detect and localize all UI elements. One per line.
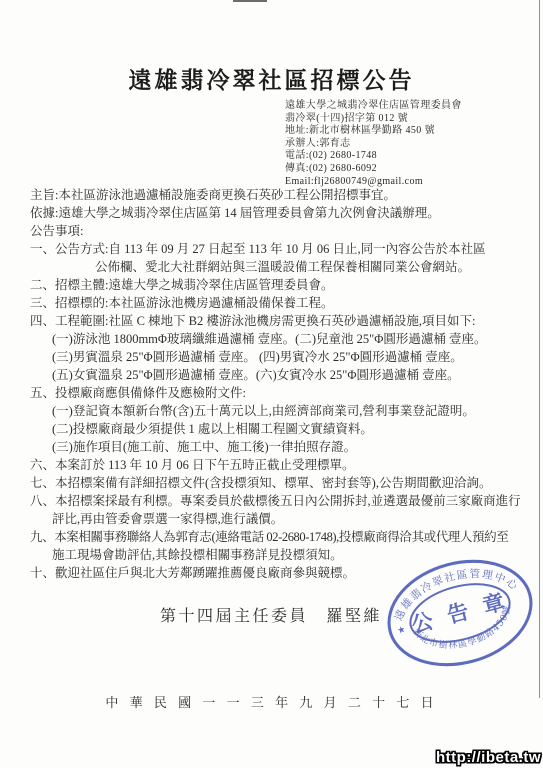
announcement-item: (五)女賓溫泉 25"Φ圓形過濾桶 壹座。(六)女賓冷水 25"Φ圓形過濾桶 壹… — [30, 366, 538, 384]
announcement-item: 公佈欄、愛北大社群網站與三溫暖設備工程保養相關同業公會網站。 — [30, 258, 538, 276]
announcement-item: 二、招標主體:遠雄大學之城翡冷翠住店區管理委員會。 — [30, 276, 538, 294]
date-line: 中 華 民 國 一 一 三 年 九 月 二 十 七 日 — [0, 692, 543, 711]
issuer-phone: 電話:(02) 2680-1748 — [285, 150, 462, 163]
scan-artifact-right-edge — [539, 0, 540, 698]
stamp-star-icon: ★ — [396, 625, 407, 637]
announcement-item: 一、公告方式:自 113 年 09 月 27 日起至 113 年 10 月 06… — [30, 240, 538, 258]
document-title: 遠雄翡冷翠社區招標公告 — [0, 62, 543, 95]
announcement-body: 主旨:本社區游泳池過濾桶設施委商更換石英砂工程公開招標事宜。 依據:遠雄大學之城… — [30, 186, 538, 582]
announcement-item: 評比,再由管委會票選一家得標,進行議價。 — [30, 510, 538, 528]
announcement-item: 四、工程範圍:社區 C 棟地下 B2 樓游泳池機房需更換石英砂過濾桶設施,項目如… — [30, 312, 538, 330]
announcement-item: 七、本招標案備有詳細招標文件(含投標須知、標單、密封套等),公告期間歡迎洽詢。 — [30, 474, 538, 492]
announcement-item: 九、本案相關事務聯絡人為郭育志(連絡電話 02-2680-1748),投標廠商得… — [30, 528, 538, 546]
scan-artifact-top-edge — [233, 0, 267, 2]
chairman-signature: 第十四屆主任委員 羅堅維 — [160, 603, 382, 626]
announcement-item: (二)投標廠商最少須提供 1 處以上相關工程圖文實績資料。 — [30, 420, 538, 438]
subject-line: 主旨:本社區游泳池過濾桶設施委商更換石英砂工程公開招標事宜。 — [30, 186, 538, 204]
basis-line: 依據:遠雄大學之城翡冷翠住店區第 14 屆管理委員會第九次例會決議辦理。 — [30, 204, 538, 222]
announcement-item: 三、招標標的:本社區游泳池機房過濾桶設備保養工程。 — [30, 294, 538, 312]
announcement-items: 一、公告方式:自 113 年 09 月 27 日起至 113 年 10 月 06… — [30, 240, 538, 582]
announcement-item: 五、投標廠商應俱備條件及應檢附文件: — [30, 384, 538, 402]
announcement-item: (三)施作項目(施工前、施工中、施工後)一律拍照存證。 — [30, 438, 538, 456]
announcement-item: 六、本案訂於 113 年 10 月 06 日下午五時正截止受理標單。 — [30, 456, 538, 474]
issuer-fax: 傳真:(02) 2680-6092 — [285, 163, 462, 176]
items-heading: 公告事項: — [30, 222, 538, 240]
issuer-doc-number: 翡冷翠(十四)招字第 012 號 — [285, 113, 462, 126]
issuer-address: 地址:新北市樹林區學勤路 450 號 — [285, 125, 462, 138]
issuer-org: 遠雄大學之城翡冷翠住店區管理委員會 — [285, 100, 462, 113]
issuer-info-block: 遠雄大學之城翡冷翠住店區管理委員會 翡冷翠(十四)招字第 012 號 地址:新北… — [285, 100, 462, 188]
announcement-item: 八、本招標案採最有利標。專案委員於截標後五日內公開拆封,並遴選最優前三家廠商進行 — [30, 492, 538, 510]
document-page: 遠雄翡冷翠社區招標公告 遠雄大學之城翡冷翠住店區管理委員會 翡冷翠(十四)招字第… — [0, 0, 543, 768]
issuer-contact-person: 承辦人:郭育志 — [285, 138, 462, 151]
official-stamp: 遠雄翡冷翠社區管理中心 新北市樹林區學勤路450號 公 告 章 ★ — [383, 555, 537, 671]
announcement-item: (三)男賓溫泉 25"Φ圓形過濾桶 壹座。 (四)男賓冷水 25"Φ圓形過濾桶 … — [30, 348, 538, 366]
announcement-item: (一)登記資本額新台幣(含)五十萬元以上,由經濟部商業司,營利事業登記證明。 — [30, 402, 538, 420]
announcement-item: (一)游泳池 1800mmΦ玻璃纖維過濾桶 壹座。(二)兒童池 25"Φ圓形過濾… — [30, 330, 538, 348]
watermark: http://ibeta.tw — [436, 749, 541, 766]
